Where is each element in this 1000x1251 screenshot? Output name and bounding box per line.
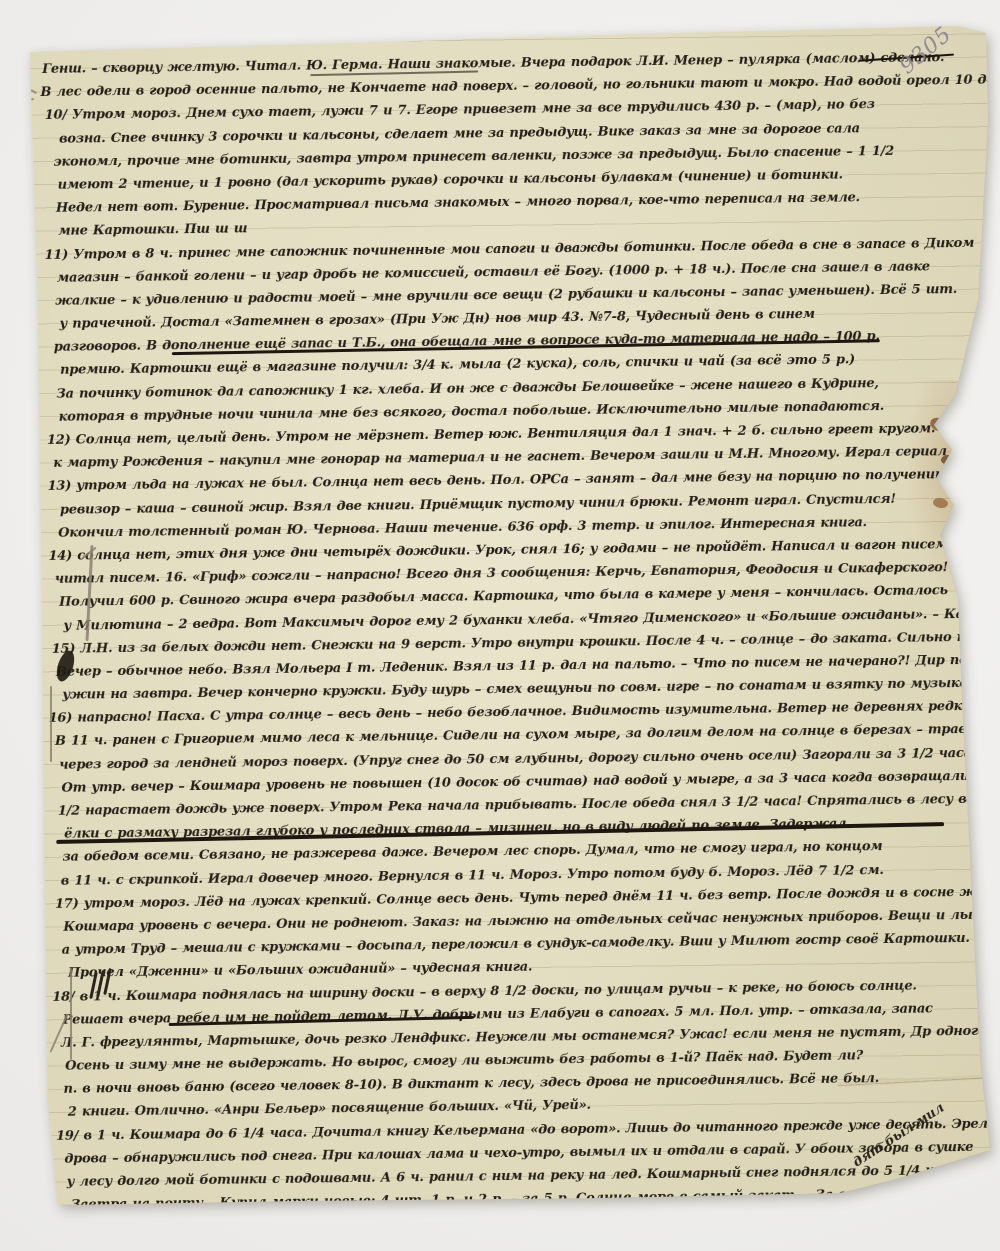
pencil-margin-mark bbox=[16, 238, 22, 274]
pencil-margin-mark bbox=[30, 1140, 33, 1202]
scanned-manuscript: Генш. – скворцу желтую. Читал. Ю. Герма.… bbox=[0, 0, 1000, 1251]
edge-fragment: ч bbox=[975, 386, 1000, 402]
edge-fragment: ца bbox=[975, 903, 1000, 919]
edge-fragment: са bbox=[975, 856, 1000, 872]
pencil-margin-mark bbox=[2, 1104, 28, 1111]
edge-fragment: V bbox=[975, 433, 1000, 449]
pencil-margin-mark bbox=[36, 866, 39, 928]
edge-fragment: ко bbox=[975, 809, 1000, 825]
handwriting-layer: Генш. – скворцу желтую. Читал. Ю. Герма.… bbox=[40, 46, 1000, 1248]
pencil-margin-mark bbox=[30, 1164, 43, 1166]
edge-fragment: о bbox=[975, 621, 1000, 637]
edge-fragment: 24 bbox=[975, 668, 1000, 684]
pencil-margin-mark bbox=[50, 686, 52, 762]
edge-fragment: 2 bbox=[975, 574, 1000, 590]
pencil-margin-mark bbox=[12, 78, 22, 108]
edge-fragment: о bbox=[975, 527, 1000, 543]
manuscript-page: Генш. – скворцу желтую. Читал. Ю. Герма.… bbox=[0, 0, 1000, 1251]
adjacent-page-fragments: чVто2о24н2косаца bbox=[976, 388, 1000, 952]
edge-fragment: н bbox=[975, 715, 1000, 731]
pencil-margin-mark bbox=[6, 249, 36, 258]
edge-fragment: 2 bbox=[975, 762, 1000, 778]
pencil-margin-mark bbox=[6, 98, 34, 104]
manuscript-lines: Генш. – скворцу желтую. Читал. Ю. Герма.… bbox=[40, 46, 1000, 1218]
edge-fragment: т bbox=[975, 480, 1000, 496]
pencil-margin-mark bbox=[70, 968, 72, 1060]
paper-sheet-wrap: Генш. – скворцу желтую. Читал. Ю. Герма.… bbox=[0, 0, 1000, 1251]
pencil-margin-mark bbox=[31, 868, 45, 878]
ink-underline bbox=[653, 1195, 881, 1205]
pencil-margin-mark bbox=[30, 1148, 46, 1150]
pencil-margin-mark bbox=[12, 1096, 14, 1126]
